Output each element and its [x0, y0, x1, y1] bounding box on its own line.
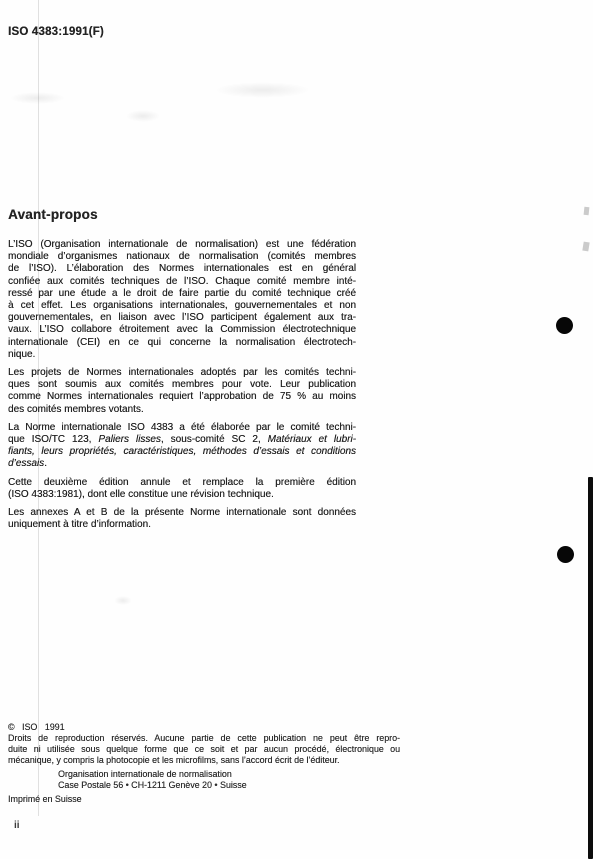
text-line: des comités membres votants.: [8, 404, 356, 416]
registration-dot-1: [556, 317, 573, 334]
page-number: ii: [14, 820, 20, 831]
text-line: Les projets de Normes internationales ad…: [8, 367, 356, 379]
copyright-notice: Droits de reproduction réservés. Aucune …: [8, 733, 400, 766]
text-line: de l’ISO). L’élaboration des Normes inte…: [8, 263, 356, 275]
text-line: duite ni utilisée sous quelque forme que…: [8, 744, 400, 755]
text-line: gouvernementales, en liaison avec l’ISO …: [8, 312, 356, 324]
scan-artifact: [584, 207, 590, 215]
text-line: Droits de reproduction réservés. Aucune …: [8, 733, 400, 744]
text-line: uniquement à titre d’information.: [8, 519, 356, 531]
paragraph: Les projets de Normes internationales ad…: [8, 367, 356, 416]
text-line: (ISO 4383:1981), dont elle constitue une…: [8, 489, 356, 501]
text-line: internationale (CEI) en ce qui concerne …: [8, 337, 356, 349]
foreword-title: Avant-propos: [8, 207, 98, 222]
text-line: ressé par une étude a le droit de faire …: [8, 288, 356, 300]
publisher-name: Organisation internationale de normalisa…: [58, 769, 400, 780]
paragraph: Cette deuxième édition annule et remplac…: [8, 477, 356, 501]
paragraph: Les annexes A et B de la présente Norme …: [8, 507, 356, 531]
text-line: nique.: [8, 349, 356, 361]
text-line: Cette deuxième édition annule et remplac…: [8, 477, 356, 489]
scan-artifact: [582, 242, 589, 252]
document-reference: ISO 4383:1991(F): [8, 26, 104, 38]
text-line: comme Normes internationales requiert l’…: [8, 391, 356, 403]
text-line: Les annexes A et B de la présente Norme …: [8, 507, 356, 519]
publisher-address: Case Postale 56 • CH-1211 Genève 20 • Su…: [58, 780, 400, 791]
text-line: d’essais.: [8, 458, 356, 470]
scan-artifact: [215, 82, 310, 98]
text-line: La Norme internationale ISO 4383 a été é…: [8, 422, 356, 434]
paragraph: L’ISO (Organisation internationale de no…: [8, 239, 356, 361]
text-line: ques sont soumis aux comités membres pou…: [8, 379, 356, 391]
publisher-address-block: Organisation internationale de normalisa…: [58, 769, 400, 791]
copyright-line: © ISO 1991: [8, 722, 400, 733]
text-line: que ISO/TC 123, Paliers lisses, sous-com…: [8, 434, 356, 446]
paragraph: La Norme internationale ISO 4383 a été é…: [8, 422, 356, 471]
scan-artifact: [114, 596, 132, 605]
text-line: vaux. L’ISO collabore étroitement avec l…: [8, 324, 356, 336]
registration-dot-2: [557, 546, 574, 563]
scan-edge-bar: [588, 477, 593, 859]
scan-artifact: [10, 92, 65, 104]
text-line: L’ISO (Organisation internationale de no…: [8, 239, 356, 251]
text-line: mondiale d’organismes nationaux de norma…: [8, 251, 356, 263]
text-line: confiée aux comités techniques de l’ISO.…: [8, 276, 356, 288]
text-line: fiants, leurs propriétés, caractéristiqu…: [8, 446, 356, 458]
printed-in: Imprimé en Suisse: [8, 794, 400, 805]
document-page: ISO 4383:1991(F) Avant-propos L’ISO (Org…: [0, 0, 593, 859]
copyright-block: © ISO 1991 Droits de reproduction réserv…: [8, 722, 400, 805]
text-line: mécanique, y compris la photocopie et le…: [8, 755, 400, 766]
foreword-body: L’ISO (Organisation internationale de no…: [8, 239, 356, 537]
scan-artifact: [126, 110, 160, 122]
text-line: à cet effet. Les organisations internati…: [8, 300, 356, 312]
